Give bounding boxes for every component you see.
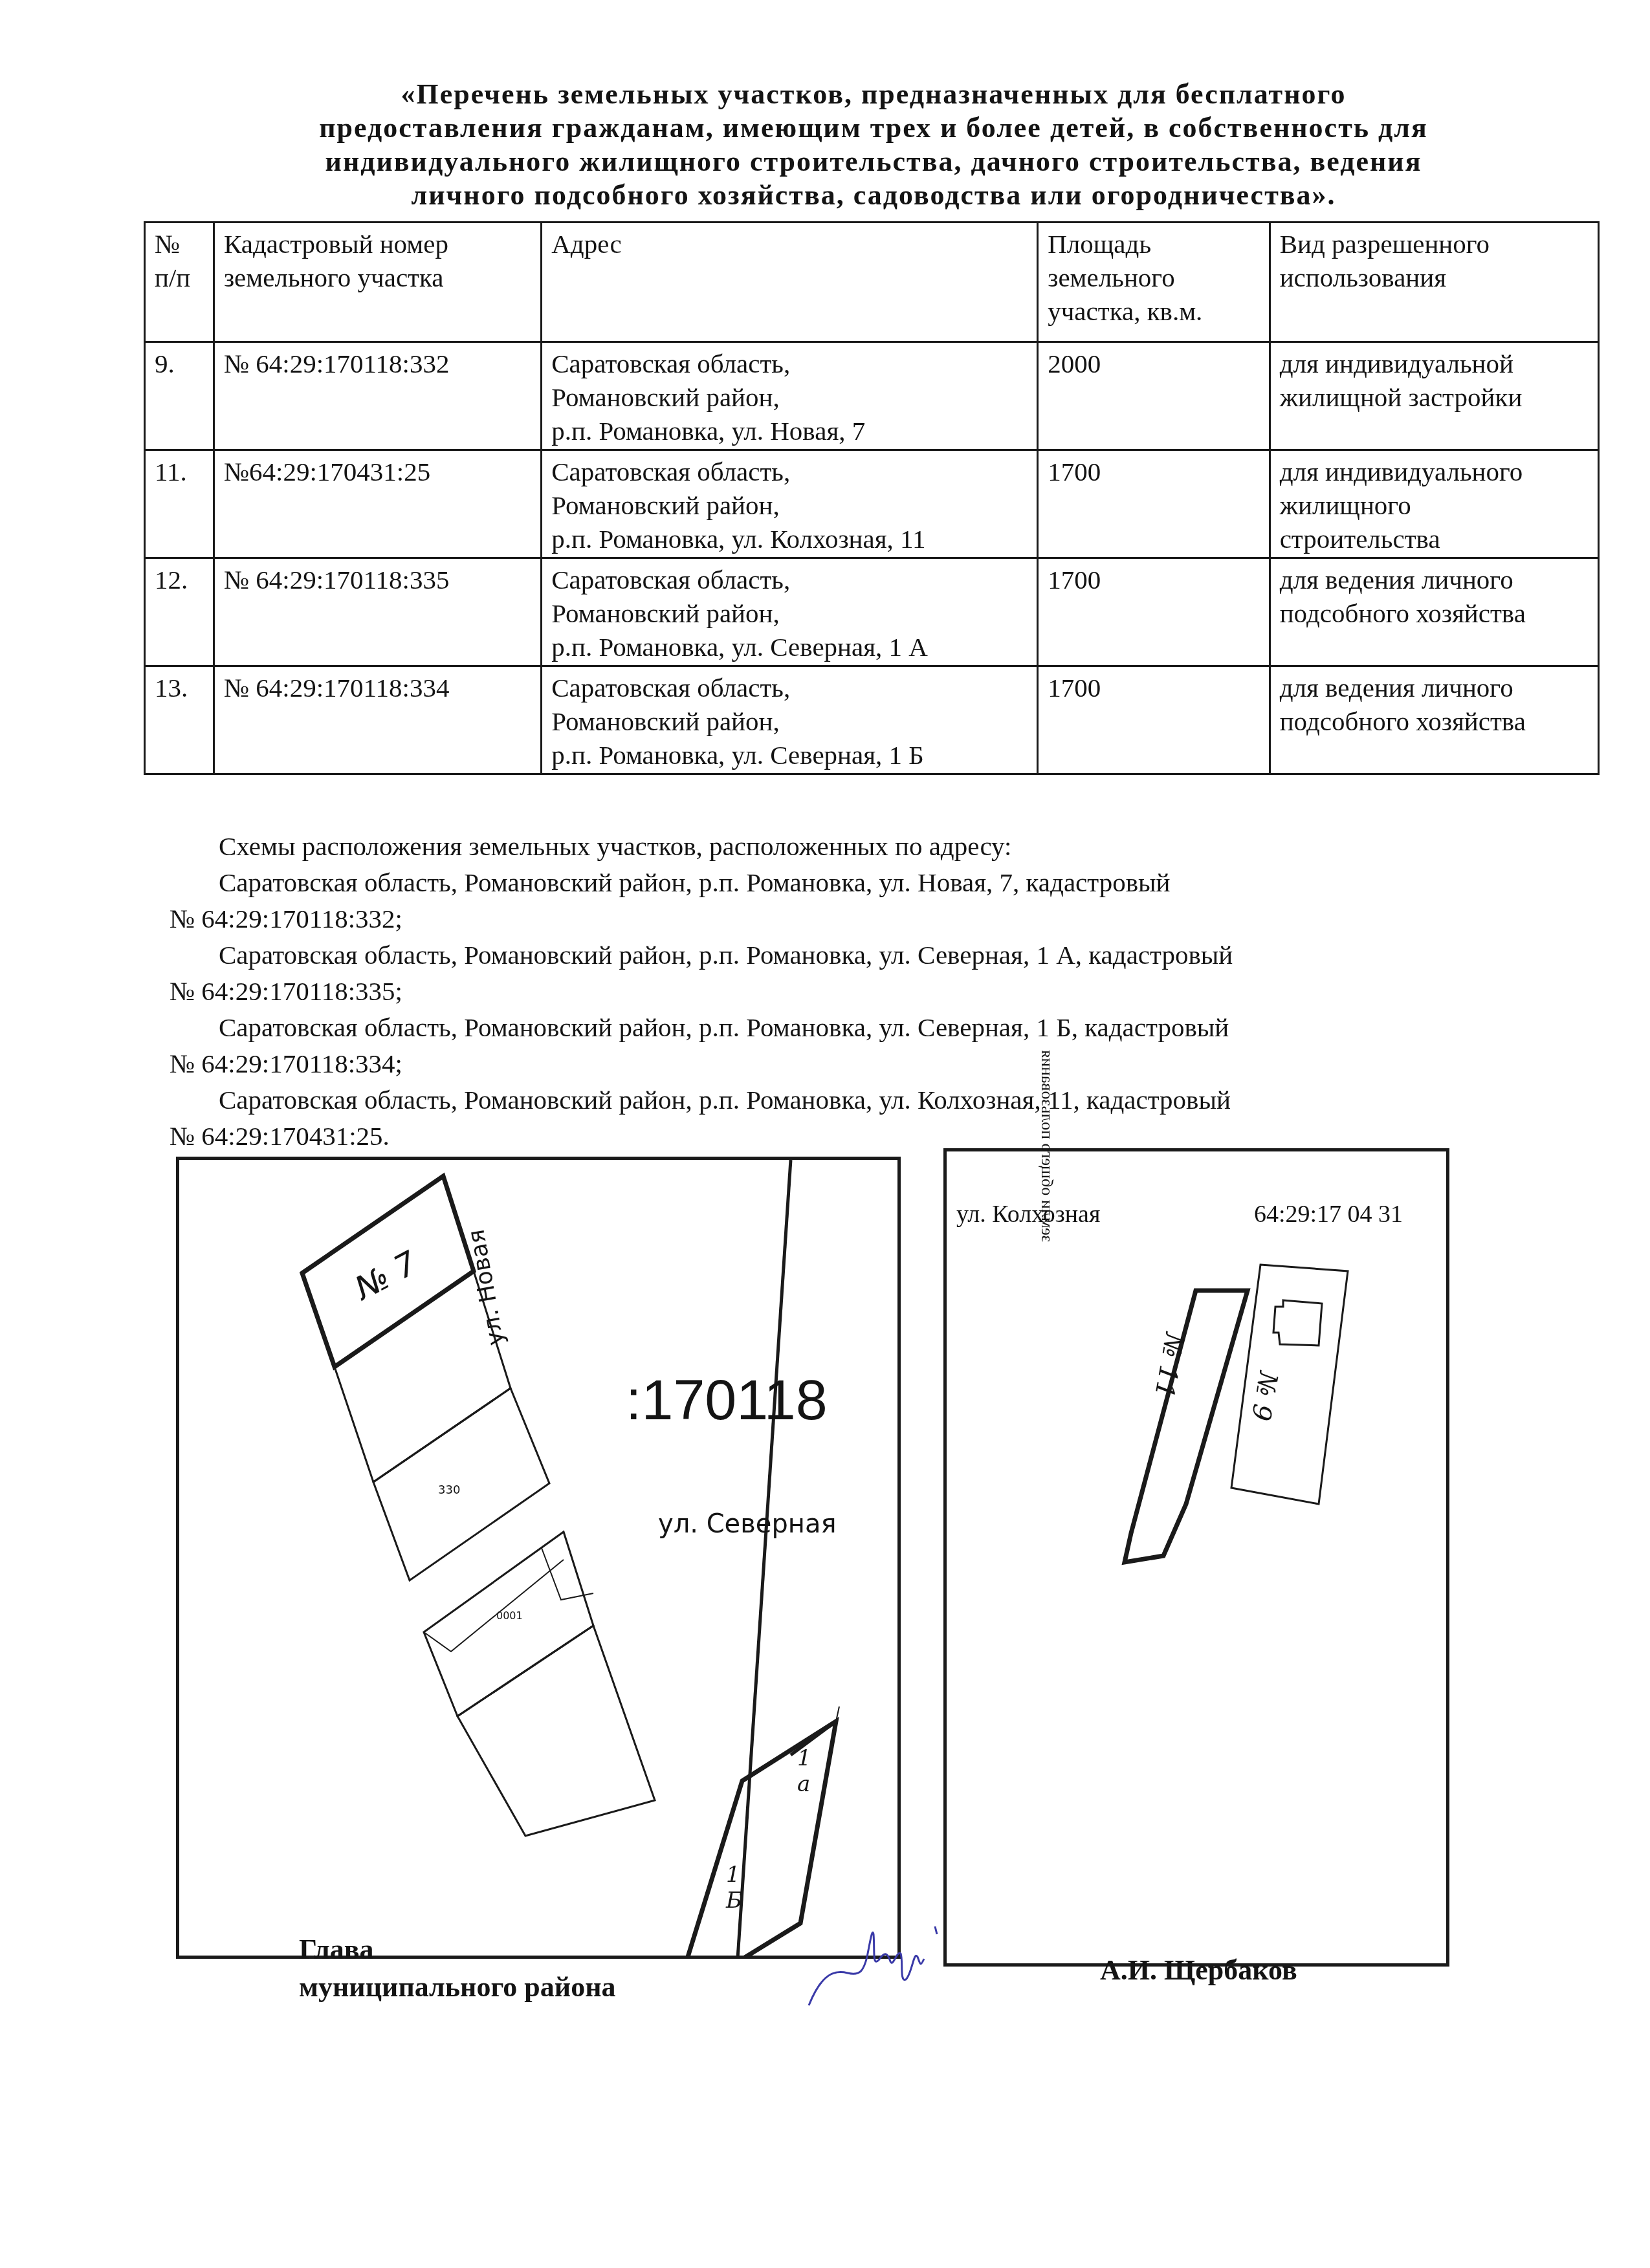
header-address: Адрес: [542, 223, 1038, 342]
block-170431-label: 64:29:17 04 31: [1254, 1200, 1403, 1228]
signatory-position: Глава муниципального района: [299, 1931, 615, 2006]
common-land-label: земли общего пользования: [1037, 1050, 1057, 1242]
position-line: муниципального района: [299, 1968, 615, 2006]
table-row: 9. № 64:29:170118:332 Саратовская област…: [145, 342, 1599, 450]
parcel-scheme-drawing: [947, 1151, 1446, 1963]
parcel-1b-label: 1 Б: [726, 1862, 745, 1914]
street-severnaya-label: ул. Северная: [658, 1509, 837, 1539]
scheme-cadastral: № 64:29:170118:332;: [170, 900, 1528, 937]
cell-number: 11.: [145, 450, 214, 558]
scheme-address: Саратовская область, Романовский район, …: [170, 1082, 1528, 1118]
cell-use: для ведения личного подсобного хозяйства: [1270, 558, 1598, 666]
cell-area: 1700: [1038, 666, 1270, 774]
cell-address: Саратовская область, Романовский район, …: [542, 450, 1038, 558]
schemes-description: Схемы расположения земельных участков, р…: [170, 828, 1528, 1154]
land-plots-table: № п/п Кадастровый номер земельного участ…: [144, 221, 1600, 775]
header-use: Вид разрешенного использования: [1270, 223, 1598, 342]
cell-cadastral: №64:29:170431:25: [214, 450, 541, 558]
cell-cadastral: № 64:29:170118:332: [214, 342, 541, 450]
scheme-address: Саратовская область, Романовский район, …: [170, 1009, 1528, 1045]
block-170118-label: :170118: [626, 1367, 828, 1433]
map-block-170118: № 7 ул. Новая 330 0001 :170118 ул. Север…: [176, 1157, 901, 1959]
cell-number: 12.: [145, 558, 214, 666]
schemes-intro: Схемы расположения земельных участков, р…: [170, 828, 1528, 864]
document-title: «Перечень земельных участков, предназнач…: [149, 78, 1598, 212]
parcel-330-label: 330: [438, 1483, 460, 1497]
cell-use: для ведения личного подсобного хозяйства: [1270, 666, 1598, 774]
cell-area: 1700: [1038, 558, 1270, 666]
parcel-0001-label: 0001: [496, 1609, 523, 1622]
scheme-address: Саратовская область, Романовский район, …: [170, 864, 1528, 900]
signatory-name: А.И. Щербаков: [1100, 1954, 1297, 1987]
cell-use: для индивидуальной жилищной застройки: [1270, 342, 1598, 450]
title-line: индивидуального жилищного строительства,…: [149, 145, 1598, 179]
title-line: предоставления гражданам, имеющим трех и…: [149, 111, 1598, 145]
table-row: 13. № 64:29:170118:334 Саратовская облас…: [145, 666, 1599, 774]
scheme-cadastral: № 64:29:170118:335;: [170, 973, 1528, 1009]
header-area: Площадь земельного участка, кв.м.: [1038, 223, 1270, 342]
cell-address: Саратовская область, Романовский район, …: [542, 558, 1038, 666]
cell-area: 1700: [1038, 450, 1270, 558]
scheme-address: Саратовская область, Романовский район, …: [170, 937, 1528, 973]
cell-cadastral: № 64:29:170118:334: [214, 666, 541, 774]
cell-use: для индивидуального жилищного строительс…: [1270, 450, 1598, 558]
handwritten-signature: [802, 1921, 1022, 2012]
map-block-170431: ул. Колхозная 64:29:17 04 31 земли общег…: [943, 1148, 1449, 1967]
street-kolkhoznaya-label: ул. Колхозная: [956, 1200, 1100, 1228]
cell-address: Саратовская область, Романовский район, …: [542, 342, 1038, 450]
cell-number: 9.: [145, 342, 214, 450]
parcel-1a-label: 1 а: [797, 1745, 817, 1797]
title-line: личного подсобного хозяйства, садоводств…: [149, 179, 1598, 212]
position-line: Глава: [299, 1931, 615, 1968]
cell-address: Саратовская область, Романовский район, …: [542, 666, 1038, 774]
table-header-row: № п/п Кадастровый номер земельного участ…: [145, 223, 1599, 342]
cell-cadastral: № 64:29:170118:335: [214, 558, 541, 666]
header-cadastral: Кадастровый номер земельного участка: [214, 223, 541, 342]
cell-number: 13.: [145, 666, 214, 774]
parcel-scheme-drawing: [179, 1160, 897, 1956]
scheme-cadastral: № 64:29:170118:334;: [170, 1045, 1528, 1082]
cell-area: 2000: [1038, 342, 1270, 450]
table-row: 11. №64:29:170431:25 Саратовская область…: [145, 450, 1599, 558]
table-row: 12. № 64:29:170118:335 Саратовская облас…: [145, 558, 1599, 666]
title-line: «Перечень земельных участков, предназнач…: [149, 78, 1598, 111]
header-number: № п/п: [145, 223, 214, 342]
